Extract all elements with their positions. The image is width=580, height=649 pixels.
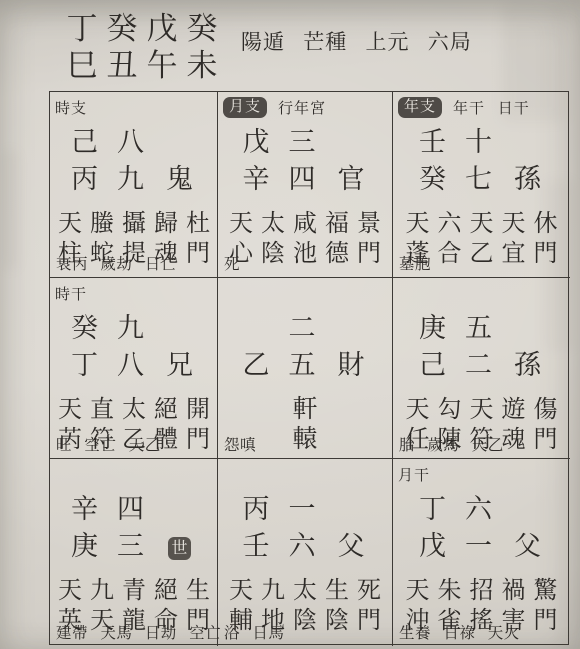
stars-line: 天朱招禍驚 [393,576,570,606]
chart-info-line: 陽遁 芒種 上元 六局 [241,26,472,56]
number-char: 九 [108,161,154,197]
palace-cell-bottom-middle: 丙 一 壬 六 父 天九太生死 輔地陰陰門 浴 日馬 [218,459,393,646]
cell-foot-note: 死 [224,252,240,274]
stars-line: 天太咸福景 [218,209,392,239]
stars-line: 天九青絕生 [50,576,217,606]
corner-badge: 月支 [223,97,267,118]
stem-char: 癸 [410,161,456,197]
cell-foot-note: 浴 日馬 [224,621,284,643]
number-char: 三 [108,528,154,564]
pillar-branch: 丑 [102,47,142,84]
palace-cell-middle-right: 庚 五 己 二 孫 天勾天遊傷 任陳符魂門 胎 歲馬 天乙 [393,278,570,459]
cell-foot-note: 建帶 天馬 日劫 空亡 [56,621,221,643]
corner-text: 時干 [55,283,87,304]
stem-char: 己 [410,347,456,383]
stem-char: 庚 [62,528,108,564]
stem-char: 戊 [233,124,279,160]
corner-label: 時支 [55,96,87,118]
cell-foot-note: 怨嗔 [224,433,256,455]
number-char: 八 [108,347,154,383]
cell-foot-note: 胎 歲馬 天乙 [399,433,504,455]
palace-main: 戊 三 辛 四 官 [218,123,392,197]
stars-line: 天直太絕開 [50,395,217,425]
pillar-branch: 未 [182,47,222,84]
cell-foot-note: 墓胞 [399,252,431,274]
pillar-branch: 巳 [62,47,102,84]
stem-char: 癸 [62,310,108,346]
stem-char: 壬 [233,528,279,564]
corner-label: 時干 [55,282,87,304]
palace-cell-middle-left: 時干 癸 九 丁 八 兄 天直太絕開 芮符乙體門 旺 空亡 天乙 [50,278,218,459]
number-char: 四 [279,161,325,197]
stem-char: 辛 [233,161,279,197]
stars-line: 天九太生死 [218,576,392,606]
palace-main: 二 乙 五 財 [218,309,392,383]
pillar-stem: 丁 [62,10,102,47]
corner-text: 行年宮 [278,97,326,118]
number-char: 八 [108,124,154,160]
number-char: 五 [456,310,502,346]
stars-line: 心陰池德門 [218,239,392,269]
palace-main: 己 八 丙 九 鬼 [50,123,217,197]
stem-char: 壬 [410,124,456,160]
qimen-grid: 時支 己 八 丙 九 鬼 天螣攝歸杜 柱蛇提魂門 衰丙 歲劫 日亡 月支 行年宮 [49,91,569,645]
palace-cell-top-left: 時支 己 八 丙 九 鬼 天螣攝歸杜 柱蛇提魂門 衰丙 歲劫 日亡 [50,92,218,278]
number-char: 二 [279,310,325,346]
number-char: 一 [456,528,502,564]
stem-char: 丁 [62,347,108,383]
palace-cell-top-right: 年支 年干 日干 壬 十 癸 七 孫 天六天天休 蓬合乙宜門 墓胞 [393,92,570,278]
stem-char: 辛 [62,491,108,527]
relation-char: 兄 [154,347,206,383]
number-char: 七 [456,161,502,197]
corner-label: 年支 年干 日干 [398,96,530,118]
relation-char: 官 [325,161,377,197]
stars-line: 軒 [218,395,392,425]
number-char: 五 [279,347,325,383]
palace-main: 丁 六 戊 一 父 [393,490,570,564]
corner-text: 年干 日干 [453,97,530,118]
pillar-stem: 癸 [102,10,142,47]
relation-char: 父 [325,528,377,564]
palace-main: 癸 九 丁 八 兄 [50,309,217,383]
stars-block: 天太咸福景 心陰池德門 [218,209,392,269]
palace-main: 庚 五 己 二 孫 [393,309,570,383]
relation-char: 孫 [502,161,554,197]
cell-foot-note: 旺 空亡 天乙 [56,433,161,455]
relation-char: 鬼 [154,161,206,197]
palace-main: 丙 一 壬 六 父 [218,490,392,564]
stars-line: 天勾天遊傷 [393,395,570,425]
number-char: 四 [108,491,154,527]
stem-char: 丙 [233,491,279,527]
palace-main: 壬 十 癸 七 孫 [393,123,570,197]
number-char: 一 [279,491,325,527]
palace-cell-center: 二 乙 五 財 軒 轅 怨嗔 [218,278,393,459]
cell-foot-note: 生養 日祿 天火 [399,621,520,643]
number-char: 三 [279,124,325,160]
stem-char: 庚 [410,310,456,346]
stars-line: 天螣攝歸杜 [50,209,217,239]
corner-label: 月干 [398,463,430,485]
stem-char: 己 [62,124,108,160]
four-pillars: 丁 癸 戊 癸 巳 丑 午 未 [62,10,222,84]
palace-cell-bottom-left: 辛 四 庚 三 世 天九青絕生 英天龍命門 建帶 天馬 日劫 空亡 [50,459,218,646]
number-char: 六 [279,528,325,564]
pillar-branch: 午 [142,47,182,84]
relation-char: 孫 [502,347,554,383]
pillar-stem: 癸 [182,10,222,47]
relation-char: 財 [325,347,377,383]
cell-foot-note: 衰丙 歲劫 日亡 [56,252,177,274]
bleedthrough-artifact [2,150,18,270]
stem-char: 戊 [410,528,456,564]
number-char: 九 [108,310,154,346]
stars-line: 天六天天休 [393,209,570,239]
pillar-stem: 戊 [142,10,182,47]
relation-char: 父 [502,528,554,564]
stem-char: 丙 [62,161,108,197]
number-char: 十 [456,124,502,160]
stem-char: 乙 [233,347,279,383]
number-char: 六 [456,491,502,527]
corner-text: 月干 [398,464,430,485]
corner-text: 時支 [55,97,87,118]
corner-badge: 年支 [398,97,442,118]
palace-cell-bottom-right: 月干 丁 六 戊 一 父 天朱招禍驚 沖雀搖害門 生養 日祿 天火 [393,459,570,646]
corner-label: 月支 行年宮 [223,96,326,118]
world-badge: 世 [168,537,191,560]
number-char: 二 [456,347,502,383]
stem-char: 丁 [410,491,456,527]
palace-main: 辛 四 庚 三 世 [50,490,217,564]
world-badge-slot: 世 [154,528,206,564]
palace-cell-top-middle: 月支 行年宮 戊 三 辛 四 官 天太咸福景 心陰池德門 死 [218,92,393,278]
